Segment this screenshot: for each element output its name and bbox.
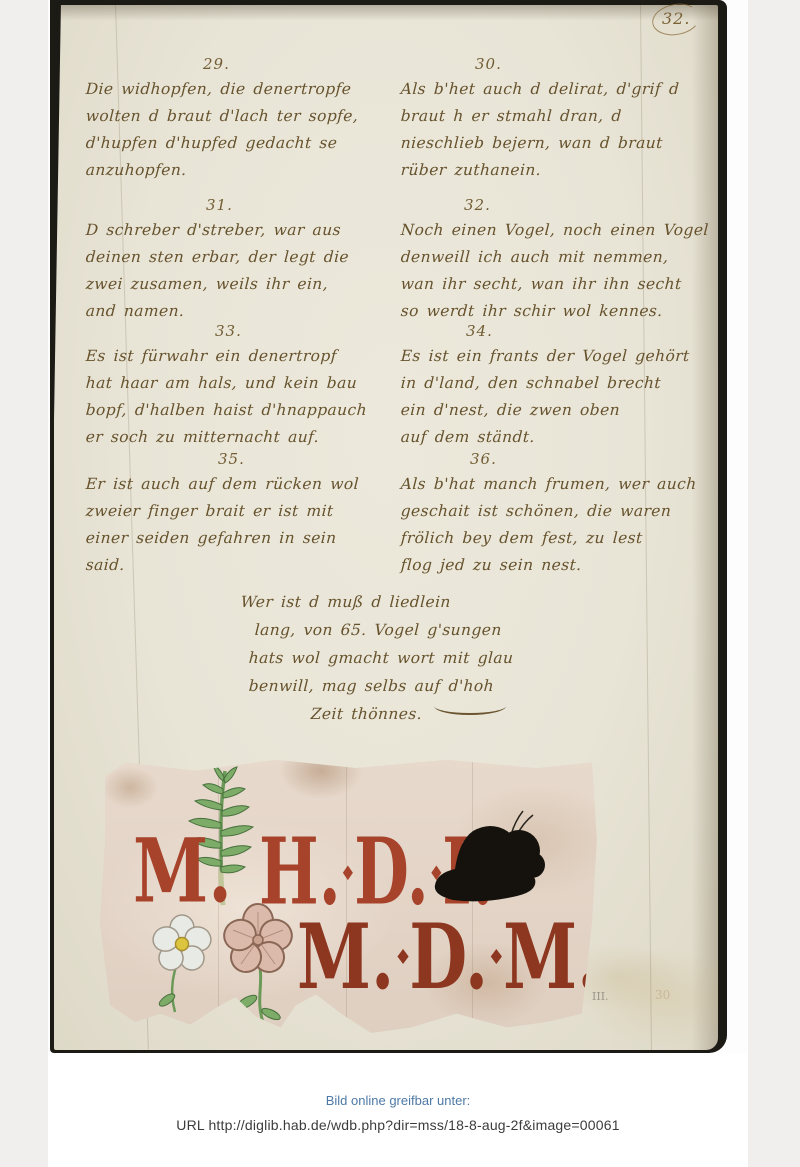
section-number: 33. — [215, 322, 400, 340]
diamond-ornament — [687, 949, 698, 964]
section-31: 31. D schreber d'streber, war aus deinen… — [85, 196, 400, 325]
feathered-hat-icon — [425, 807, 547, 909]
manuscript-line: anzuhopfen. — [85, 157, 401, 184]
manuscript-line: flog jed zu sein nest. — [400, 552, 651, 579]
section-35: 35. Er ist auch auf dem rücken wol zweie… — [85, 450, 400, 579]
manuscript-line: Zeit thönnes. — [310, 700, 541, 728]
manuscript-line: and namen. — [85, 298, 401, 325]
manuscript-line: Es ist fürwahr ein denertropf — [85, 343, 401, 370]
manuscript-line: lang, von 65. Vogel g'sungen — [254, 616, 541, 644]
closing-verse: Wer ist d muß d liedlein lang, von 65. V… — [240, 588, 540, 728]
manuscript-line: said. — [85, 552, 401, 579]
manuscript-line: Die widhopfen, die denertropfe — [85, 76, 401, 103]
manuscript-line: hat haar am hals, und kein bau — [85, 370, 401, 397]
manuscript-line: D schreber d'streber, war aus — [85, 217, 401, 244]
caption-label: Bild online greifbar unter: — [48, 1093, 748, 1108]
letter-group: D. — [409, 904, 488, 1009]
manuscript-line: zweier finger brait er ist mit — [85, 498, 401, 525]
section-number: 34. — [466, 322, 650, 340]
manuscript-line: einer seiden gefahren in sein — [85, 525, 401, 552]
manuscript-line: bopf, d'halben haist d'hnappauch — [85, 397, 401, 424]
manuscript-page: 32. 29. Die widhopfen, die denertropfe w… — [54, 5, 718, 1050]
section-33: 33. Es ist fürwahr ein denertropf hat ha… — [85, 322, 400, 451]
manuscript-line: wolten d braut d'lach ter sopfe, — [85, 103, 401, 130]
manuscript-line: geschait ist schönen, die waren — [400, 498, 651, 525]
manuscript-line: er soch zu mitternacht auf. — [85, 424, 401, 451]
manuscript-line: Als b'het auch d delirat, d'grif d — [400, 76, 651, 103]
section-number: 30. — [475, 55, 650, 73]
manuscript-line: d'hupfen d'hupfed gedacht se — [85, 130, 401, 157]
manuscript-line: wan ihr secht, wan ihr ihn secht — [400, 271, 651, 298]
illuminated-panel: M. H.D.I. — [95, 757, 597, 1033]
folio-circle — [650, 0, 703, 39]
stamp-number: 30 — [655, 988, 670, 1002]
manuscript-line: hats wol gmacht wort mit glau — [248, 644, 541, 672]
diamond-ornament — [491, 949, 502, 964]
manuscript-line: so werdt ihr schir wol kennes. — [400, 298, 651, 325]
manuscript-line: Es ist ein frants der Vogel gehört — [400, 343, 651, 370]
folio-number: 32. — [662, 9, 690, 28]
section-number: 35. — [218, 450, 400, 468]
letter-group: M. — [297, 904, 394, 1009]
manuscript-line: rüber zuthanein. — [400, 157, 651, 184]
verse-last-line: Zeit thönnes. — [310, 705, 422, 723]
diamond-ornament — [397, 949, 408, 964]
manuscript-line: Noch einen Vogel, noch einen Vogel — [400, 217, 651, 244]
image-url[interactable]: URL http://diglib.hab.de/wdb.php?dir=mss… — [48, 1117, 748, 1133]
manuscript-line: braut h er stmahl dran, d — [400, 103, 651, 130]
letters-MDMS: M.D.M.S. — [297, 904, 700, 1009]
section-number: 29. — [203, 55, 400, 73]
manuscript-line: in d'land, den schnabel brecht — [400, 370, 651, 397]
manuscript-line: deinen sten erbar, der legt die — [85, 244, 401, 271]
section-30: 30. Als b'het auch d delirat, d'grif d b… — [400, 55, 650, 184]
section-number: 32. — [464, 196, 650, 214]
diamond-ornament — [343, 865, 353, 880]
manuscript-line: Wer ist d muß d liedlein — [240, 588, 541, 616]
manuscript-line: auf dem ständt. — [400, 424, 651, 451]
pink-flower-icon — [213, 900, 303, 1030]
section-32: 32. Noch einen Vogel, noch einen Vogel d… — [400, 196, 650, 325]
flourish-line — [434, 706, 506, 715]
section-34: 34. Es ist ein frants der Vogel gehört i… — [400, 322, 650, 451]
white-flower-icon — [147, 912, 217, 1020]
caption: Bild online greifbar unter: URL http://d… — [48, 1053, 748, 1167]
manuscript-line: Als b'hat manch frumen, wer auch — [400, 471, 651, 498]
manuscript-line: nieschlieb bejern, wan d braut — [400, 130, 651, 157]
diamond-ornament — [603, 949, 614, 964]
letter-group: M. — [503, 904, 600, 1009]
manuscript-line: ein d'nest, die zwen oben — [400, 397, 651, 424]
manuscript-line: Er ist auch auf dem rücken wol — [85, 471, 401, 498]
section-36: 36. Als b'hat manch frumen, wer auch ges… — [400, 450, 650, 579]
manuscript-photo: 32. 29. Die widhopfen, die denertropfe w… — [50, 0, 727, 1053]
section-number: 31. — [206, 196, 400, 214]
section-29: 29. Die widhopfen, die denertropfe wolte… — [85, 55, 400, 184]
manuscript-line: benwill, mag selbs auf d'hoh — [248, 672, 541, 700]
manuscript-line: zwei zusamen, weils ihr ein, — [85, 271, 401, 298]
manuscript-line: denweill ich auch mit nemmen, — [400, 244, 651, 271]
document-area: 32. 29. Die widhopfen, die denertropfe w… — [48, 0, 748, 1167]
manuscript-line: frölich bey dem fest, zu lest — [400, 525, 651, 552]
roman-numeral-mark: III. — [592, 990, 609, 1003]
section-number: 36. — [470, 450, 650, 468]
